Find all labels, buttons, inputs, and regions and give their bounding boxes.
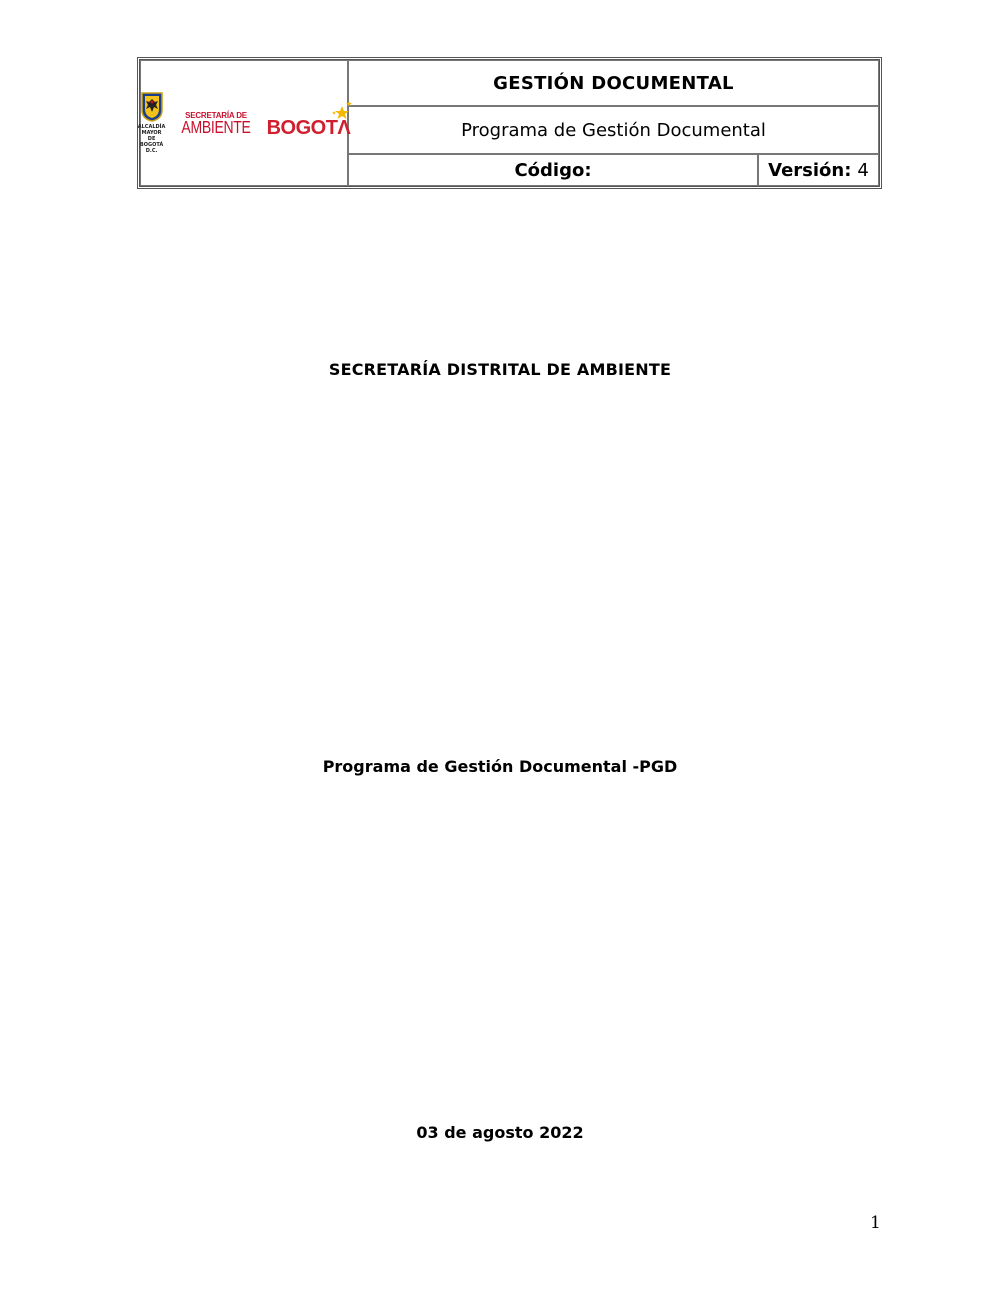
page-number: 1 bbox=[870, 1213, 881, 1233]
header-subtitle: Programa de Gestión Documental bbox=[348, 106, 879, 154]
secretaria-line2: AMBIENTE bbox=[181, 118, 250, 137]
version-field: Versión: 4 bbox=[758, 154, 879, 186]
coat-of-arms-icon bbox=[141, 92, 163, 122]
organization-name: SECRETARÍA DISTRITAL DE AMBIENTE bbox=[0, 360, 1000, 379]
secretaria-ambiente-logo: SECRETARÍA DE AMBIENTE bbox=[181, 111, 250, 135]
stars-icon bbox=[330, 101, 352, 123]
version-label: Versión: bbox=[768, 160, 851, 181]
alcaldia-logo: ALCALDÍA MAYOR DE BOGOTÁ D.C. bbox=[138, 92, 166, 154]
code-field: Código: bbox=[348, 154, 758, 186]
code-label: Código: bbox=[514, 160, 591, 181]
alcaldia-caption: ALCALDÍA MAYOR DE BOGOTÁ D.C. bbox=[138, 124, 166, 154]
logo-cell: ALCALDÍA MAYOR DE BOGOTÁ D.C. SECRETARÍA… bbox=[140, 60, 348, 186]
document-header-table: ALCALDÍA MAYOR DE BOGOTÁ D.C. SECRETARÍA… bbox=[137, 57, 882, 189]
bogota-logo: BOGOTΛ bbox=[267, 107, 351, 140]
document-date: 03 de agosto 2022 bbox=[0, 1123, 1000, 1142]
version-value: 4 bbox=[857, 160, 868, 181]
document-title: Programa de Gestión Documental -PGD bbox=[0, 757, 1000, 776]
institution-logo: ALCALDÍA MAYOR DE BOGOTÁ D.C. SECRETARÍA… bbox=[141, 61, 347, 185]
header-title: GESTIÓN DOCUMENTAL bbox=[348, 60, 879, 106]
